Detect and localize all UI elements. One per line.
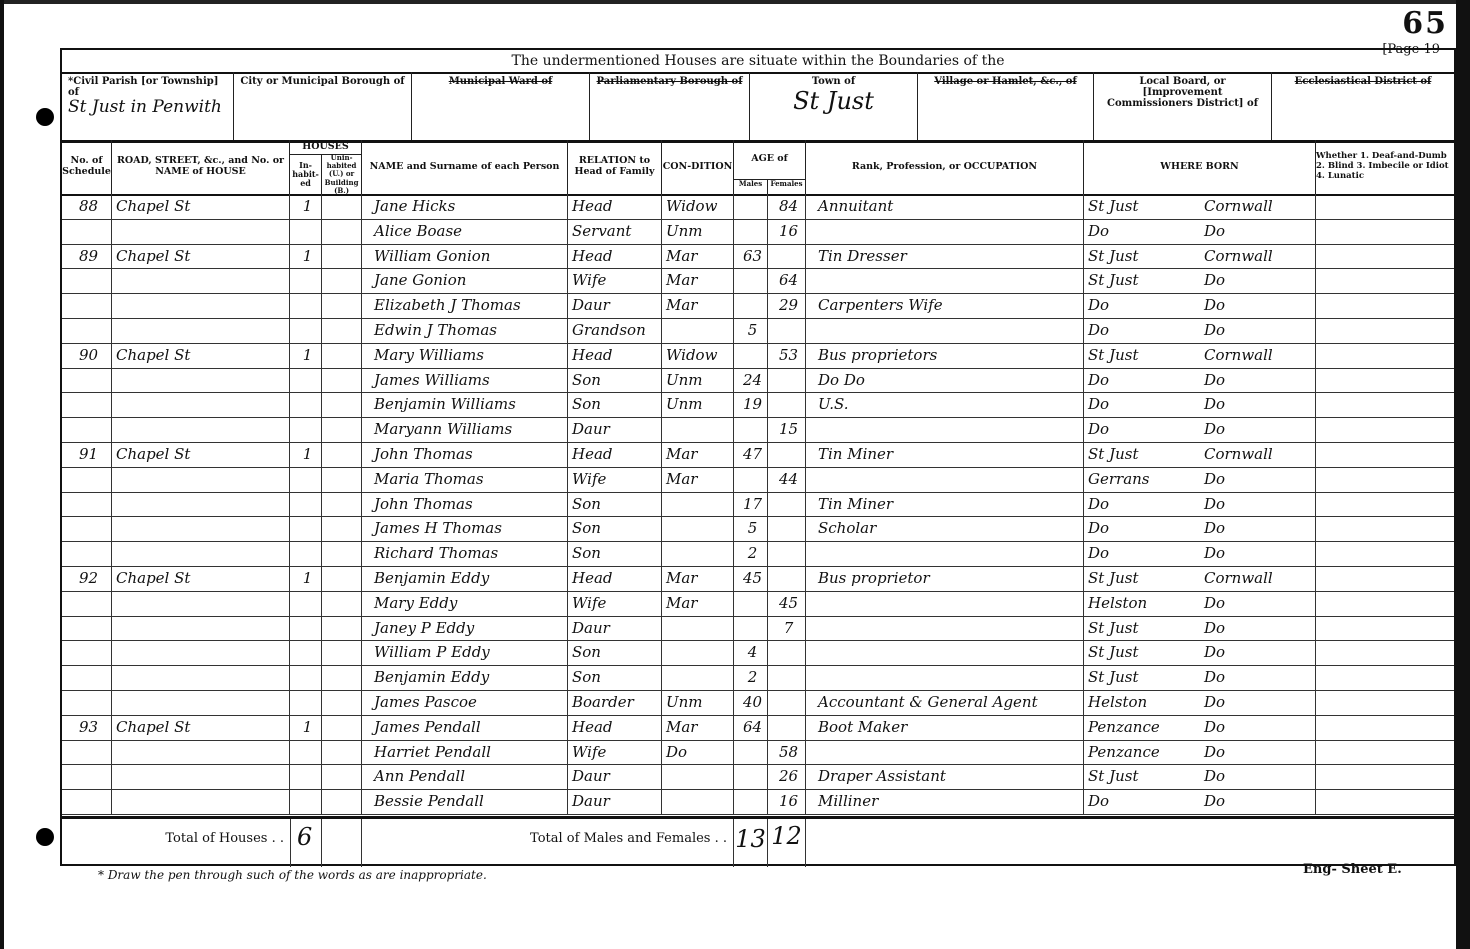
cell-schedule: 88 [62,194,112,219]
cell-schedule [62,219,112,244]
total-males-value: 13 [734,819,768,867]
field-parliamentary-borough: Parliamentary Borough of [590,72,750,140]
cell-schedule [62,665,112,690]
cell-infirmity [1316,715,1454,740]
cell-road: Chapel St [112,244,290,269]
cell-male-age: 17 [734,492,768,517]
cell-uninhabited [322,616,362,641]
cell-born-place: St Just [1084,268,1200,293]
cell-infirmity [1316,492,1454,517]
cell-name: Maria Thomas [362,467,568,492]
cell-infirmity [1316,789,1454,814]
cell-name: Edwin J Thomas [362,318,568,343]
cell-occupation: U.S. [806,392,1084,417]
cell-inhabited [290,492,322,517]
col-condition: CON-DITION [662,140,734,194]
total-uninhabited-value [322,819,362,867]
cell-condition: Mar [662,566,734,591]
cell-born-place: Penzance [1084,715,1200,740]
cell-born-county: Do [1200,516,1316,541]
total-houses-label: Total of Houses . . [62,819,290,867]
cell-relation: Servant [568,219,662,244]
cell-occupation [806,467,1084,492]
cell-uninhabited [322,715,362,740]
cell-name: Elizabeth J Thomas [362,293,568,318]
cell-uninhabited [322,467,362,492]
cell-schedule: 92 [62,566,112,591]
cell-male-age: 2 [734,541,768,566]
cell-name: Alice Boase [362,219,568,244]
cell-female-age: 45 [768,591,806,616]
col-relation: RELATION to Head of Family [568,140,662,194]
cell-relation: Head [568,442,662,467]
cell-born-place: Do [1084,368,1200,393]
binding-hole-icon [36,108,54,126]
cell-female-age [768,392,806,417]
cell-infirmity [1316,293,1454,318]
cell-uninhabited [322,740,362,765]
field-label: Municipal Ward of [418,76,583,87]
field-label: Village or Hamlet, &c., of [924,76,1087,87]
cell-schedule [62,690,112,715]
cell-female-age: 16 [768,219,806,244]
scan-right-edge [1456,0,1470,949]
cell-born-place: St Just [1084,640,1200,665]
cell-inhabited: 1 [290,194,322,219]
cell-condition: Unm [662,392,734,417]
cell-born-county: Do [1200,219,1316,244]
cell-relation: Wife [568,740,662,765]
cell-relation: Wife [568,268,662,293]
cell-name: Richard Thomas [362,541,568,566]
cell-born-place: Do [1084,516,1200,541]
cell-male-age: 5 [734,516,768,541]
cell-road [112,591,290,616]
col-road: ROAD, STREET, &c., and No. or NAME of HO… [112,140,290,194]
cell-infirmity [1316,566,1454,591]
cell-born-place: Do [1084,417,1200,442]
cell-occupation: Tin Miner [806,492,1084,517]
cell-infirmity [1316,616,1454,641]
cell-inhabited: 1 [290,244,322,269]
cell-condition: Unm [662,368,734,393]
cell-occupation [806,665,1084,690]
cell-uninhabited [322,318,362,343]
table-row: Jane GonionWifeMar64St JustDo [62,268,1454,294]
cell-uninhabited [322,392,362,417]
cell-name: Maryann Williams [362,417,568,442]
cell-inhabited [290,616,322,641]
table-row: Harriet PendallWifeDo58PenzanceDo [62,740,1454,766]
cell-road: Chapel St [112,715,290,740]
cell-inhabited [290,541,322,566]
cell-name: James Pascoe [362,690,568,715]
cell-female-age: 15 [768,417,806,442]
field-label: City or Municipal Borough of [240,76,405,87]
cell-schedule: 89 [62,244,112,269]
cell-condition: Widow [662,343,734,368]
cell-born-county: Do [1200,318,1316,343]
table-row: Edwin J ThomasGrandson5DoDo [62,318,1454,344]
cell-born-county: Do [1200,591,1316,616]
cell-inhabited [290,665,322,690]
cell-occupation [806,268,1084,293]
table-row: Elizabeth J ThomasDaurMar29Carpenters Wi… [62,293,1454,319]
cell-road [112,318,290,343]
cell-born-county: Cornwall [1200,343,1316,368]
cell-born-county: Do [1200,690,1316,715]
scan-left-edge [0,0,4,949]
totals-row: Total of Houses . . 6 Total of Males and… [62,816,1454,867]
cell-condition: Do [662,740,734,765]
cell-infirmity [1316,690,1454,715]
cell-female-age [768,442,806,467]
cell-uninhabited [322,591,362,616]
cell-name: Janey P Eddy [362,616,568,641]
cell-born-county: Do [1200,417,1316,442]
cell-occupation [806,640,1084,665]
cell-male-age: 64 [734,715,768,740]
field-label: Ecclesiastical District of [1278,76,1448,87]
cell-name: William Gonion [362,244,568,269]
cell-infirmity [1316,764,1454,789]
cell-infirmity [1316,343,1454,368]
col-houses-title: HOUSES [290,140,361,155]
cell-road [112,541,290,566]
cell-male-age [734,219,768,244]
cell-male-age [734,417,768,442]
cell-inhabited [290,392,322,417]
col-houses: HOUSES In-habit-ed Unin-habited (U.) or … [290,140,362,194]
cell-born-county: Do [1200,492,1316,517]
table-row: William P EddySon4St JustDo [62,640,1454,666]
cell-uninhabited [322,293,362,318]
banner-heading: The undermentioned Houses are situate wi… [62,50,1454,74]
cell-male-age: 4 [734,640,768,665]
cell-male-age: 5 [734,318,768,343]
cell-occupation: Carpenters Wife [806,293,1084,318]
cell-infirmity [1316,219,1454,244]
col-name: NAME and Surname of each Person [362,140,568,194]
cell-female-age: 7 [768,616,806,641]
cell-road [112,616,290,641]
cell-name: James Williams [362,368,568,393]
cell-born-county: Do [1200,368,1316,393]
cell-inhabited [290,591,322,616]
cell-male-age [734,194,768,219]
cell-born-place: St Just [1084,194,1200,219]
cell-infirmity [1316,392,1454,417]
cell-born-county: Do [1200,541,1316,566]
cell-condition: Mar [662,442,734,467]
cell-schedule [62,293,112,318]
cell-inhabited [290,690,322,715]
cell-female-age [768,566,806,591]
table-row: James PascoeBoarderUnm40Accountant & Gen… [62,690,1454,716]
cell-infirmity [1316,318,1454,343]
table-row: 91Chapel St1John ThomasHeadMar47Tin Mine… [62,442,1454,468]
cell-infirmity [1316,740,1454,765]
cell-condition [662,492,734,517]
cell-born-place: St Just [1084,442,1200,467]
cell-born-place: Do [1084,492,1200,517]
cell-schedule [62,492,112,517]
field-value: St Just in Penwith [68,98,227,116]
table-row: Maryann WilliamsDaur15DoDo [62,417,1454,443]
cell-uninhabited [322,442,362,467]
cell-schedule [62,740,112,765]
col-age-title: AGE of [751,140,787,179]
cell-condition [662,616,734,641]
cell-condition: Unm [662,690,734,715]
cell-uninhabited [322,219,362,244]
cell-condition [662,665,734,690]
field-label: Local Board, or [Improvement Commissione… [1100,76,1265,109]
cell-born-place: Gerrans [1084,467,1200,492]
cell-male-age: 63 [734,244,768,269]
cell-occupation: Do Do [806,368,1084,393]
boundary-header: *Civil Parish [or Township] of St Just i… [62,72,1454,143]
cell-inhabited [290,789,322,814]
field-label: *Civil Parish [or Township] of [68,76,227,98]
cell-male-age: 40 [734,690,768,715]
cell-born-county: Do [1200,665,1316,690]
cell-occupation [806,219,1084,244]
cell-inhabited [290,268,322,293]
field-civil-parish: *Civil Parish [or Township] of St Just i… [62,72,234,140]
cell-male-age [734,616,768,641]
cell-occupation: Scholar [806,516,1084,541]
cell-infirmity [1316,368,1454,393]
cell-born-county: Do [1200,715,1316,740]
cell-schedule [62,368,112,393]
cell-female-age [768,640,806,665]
cell-name: Mary Williams [362,343,568,368]
cell-born-county: Do [1200,268,1316,293]
cell-schedule [62,417,112,442]
field-town: Town of St Just [750,72,918,140]
cell-born-place: St Just [1084,566,1200,591]
cell-schedule [62,467,112,492]
cell-condition [662,640,734,665]
table-row: James H ThomasSon5ScholarDoDo [62,516,1454,542]
cell-uninhabited [322,194,362,219]
cell-relation: Son [568,541,662,566]
cell-road [112,740,290,765]
cell-inhabited [290,417,322,442]
cell-relation: Son [568,392,662,417]
cell-name: Bessie Pendall [362,789,568,814]
cell-inhabited [290,467,322,492]
total-persons-label: Total of Males and Females . . [362,819,734,867]
table-row: 92Chapel St1Benjamin EddyHeadMar45Bus pr… [62,566,1454,592]
cell-female-age [768,516,806,541]
cell-born-place: Do [1084,541,1200,566]
field-value: St Just [756,87,911,115]
cell-occupation: Tin Dresser [806,244,1084,269]
cell-inhabited [290,516,322,541]
cell-condition [662,541,734,566]
cell-relation: Head [568,194,662,219]
col-infirmity: Whether 1. Deaf-and-Dumb 2. Blind 3. Imb… [1316,140,1454,194]
cell-infirmity [1316,516,1454,541]
cell-female-age [768,492,806,517]
cell-condition: Mar [662,715,734,740]
cell-inhabited [290,368,322,393]
scan-top-edge [0,0,1470,4]
cell-occupation [806,591,1084,616]
cell-schedule [62,640,112,665]
cell-inhabited [290,219,322,244]
cell-name: Jane Gonion [362,268,568,293]
cell-female-age: 53 [768,343,806,368]
cell-occupation [806,417,1084,442]
cell-infirmity [1316,665,1454,690]
cell-male-age: 24 [734,368,768,393]
field-village: Village or Hamlet, &c., of [918,72,1094,140]
total-females-value: 12 [768,819,806,867]
cell-road [112,368,290,393]
cell-uninhabited [322,368,362,393]
field-municipal-ward: Municipal Ward of [412,72,590,140]
cell-uninhabited [322,764,362,789]
cell-name: James Pendall [362,715,568,740]
cell-schedule [62,268,112,293]
field-municipal-borough: City or Municipal Borough of [234,72,412,140]
cell-male-age: 19 [734,392,768,417]
cell-male-age: 45 [734,566,768,591]
col-schedule: No. of Schedule [62,140,112,194]
cell-born-county: Cornwall [1200,442,1316,467]
cell-road [112,268,290,293]
cell-uninhabited [322,690,362,715]
cell-inhabited [290,764,322,789]
cell-condition [662,417,734,442]
cell-relation: Daur [568,616,662,641]
cell-name: Mary Eddy [362,591,568,616]
cell-born-place: Do [1084,318,1200,343]
cell-occupation: Boot Maker [806,715,1084,740]
col-inhabited: In-habit-ed [290,155,322,195]
cell-schedule [62,318,112,343]
cell-occupation: Draper Assistant [806,764,1084,789]
cell-relation: Head [568,566,662,591]
table-row: Bessie PendallDaur16MillinerDoDo [62,789,1454,815]
cell-male-age [734,268,768,293]
cell-born-county: Cornwall [1200,566,1316,591]
cell-born-place: St Just [1084,244,1200,269]
cell-infirmity [1316,640,1454,665]
cell-schedule [62,541,112,566]
cell-born-place: St Just [1084,764,1200,789]
cell-name: James H Thomas [362,516,568,541]
table-row: 88Chapel St1Jane HicksHeadWidow84Annuita… [62,194,1454,220]
field-local-board: Local Board, or [Improvement Commissione… [1094,72,1272,140]
cell-male-age [734,591,768,616]
cell-road [112,219,290,244]
cell-relation: Head [568,715,662,740]
cell-male-age: 2 [734,665,768,690]
column-headers: No. of Schedule ROAD, STREET, &c., and N… [62,140,1454,196]
cell-uninhabited [322,640,362,665]
cell-uninhabited [322,566,362,591]
cell-name: Benjamin Eddy [362,665,568,690]
cell-name: William P Eddy [362,640,568,665]
cell-road [112,492,290,517]
cell-occupation: Annuitant [806,194,1084,219]
cell-infirmity [1316,417,1454,442]
cell-occupation [806,740,1084,765]
cell-occupation: Bus proprietor [806,566,1084,591]
cell-road: Chapel St [112,566,290,591]
cell-occupation: Accountant & General Agent [806,690,1084,715]
cell-occupation: Tin Miner [806,442,1084,467]
cell-inhabited: 1 [290,566,322,591]
col-occupation: Rank, Profession, or OCCUPATION [806,140,1084,194]
cell-inhabited [290,318,322,343]
cell-infirmity [1316,591,1454,616]
cell-born-county: Do [1200,392,1316,417]
cell-road [112,417,290,442]
cell-road [112,764,290,789]
total-houses-value: 6 [290,819,322,867]
table-row: 90Chapel St1Mary WilliamsHeadWidow53Bus … [62,343,1454,369]
cell-female-age: 58 [768,740,806,765]
cell-schedule [62,764,112,789]
cell-road [112,293,290,318]
cell-uninhabited [322,665,362,690]
cell-name: John Thomas [362,442,568,467]
col-age: AGE of Males Females [734,140,806,194]
cell-condition [662,318,734,343]
cell-relation: Head [568,343,662,368]
cell-born-county: Do [1200,616,1316,641]
cell-female-age [768,690,806,715]
cell-uninhabited [322,492,362,517]
cell-name: Harriet Pendall [362,740,568,765]
table-row: Mary EddyWifeMar45HelstonDo [62,591,1454,617]
cell-inhabited [290,640,322,665]
cell-infirmity [1316,442,1454,467]
cell-road [112,640,290,665]
cell-born-county: Do [1200,764,1316,789]
cell-schedule [62,591,112,616]
cell-relation: Daur [568,789,662,814]
cell-female-age: 64 [768,268,806,293]
cell-born-county: Do [1200,467,1316,492]
cell-schedule [62,789,112,814]
cell-born-place: St Just [1084,665,1200,690]
cell-relation: Daur [568,764,662,789]
cell-female-age [768,368,806,393]
cell-name: John Thomas [362,492,568,517]
col-females: Females [768,180,805,194]
cell-condition: Mar [662,268,734,293]
col-males: Males [734,180,768,194]
cell-occupation [806,318,1084,343]
cell-female-age [768,715,806,740]
cell-occupation: Milliner [806,789,1084,814]
cell-female-age: 29 [768,293,806,318]
cell-schedule: 90 [62,343,112,368]
cell-born-place: St Just [1084,616,1200,641]
cell-schedule [62,616,112,641]
cell-condition: Mar [662,293,734,318]
cell-born-place: Do [1084,392,1200,417]
cell-road [112,690,290,715]
cell-born-county: Cornwall [1200,194,1316,219]
cell-relation: Boarder [568,690,662,715]
